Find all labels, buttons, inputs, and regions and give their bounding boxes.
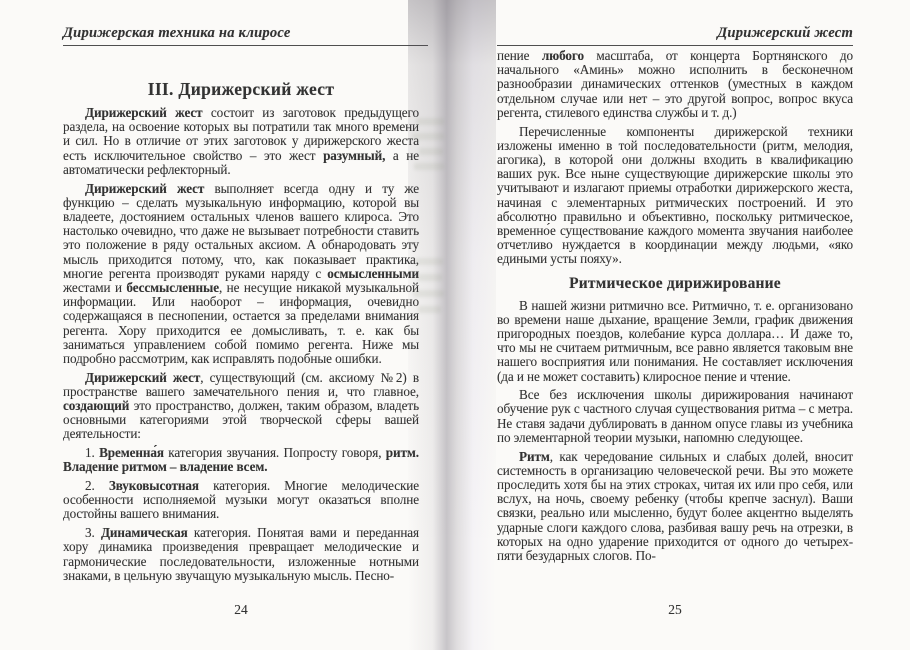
gutter-shadow xyxy=(408,0,496,650)
paragraph-right-4: Все без исключения школы дирижирования н… xyxy=(497,388,853,445)
running-head-right: Дирижерский жест xyxy=(497,25,853,46)
running-head-left-text: Дирижерская техника на клиросе xyxy=(63,25,291,41)
text-run: категория звучания. Попросту говоря, xyxy=(164,445,386,460)
text-run: Перечисленные компоненты дирижерской тех… xyxy=(497,124,853,267)
show-through-ghost xyxy=(419,148,443,155)
bold-text-run: Дирижерский жест xyxy=(85,181,204,196)
page-left: Дирижерская техника на клиросе III. Дири… xyxy=(63,0,419,650)
bold-text-run: Дирижерский жест xyxy=(85,370,200,385)
running-head-right-text: Дирижерский жест xyxy=(717,25,853,41)
bold-text-run: создающий xyxy=(63,398,129,413)
text-run: В нашей жизни ритмично все. Ритмично, т.… xyxy=(497,298,853,384)
show-through-ghost xyxy=(415,258,443,265)
bold-text-run: осмысленными xyxy=(327,266,419,281)
text-run: жестами и xyxy=(63,280,126,295)
bold-text-run: разумный, xyxy=(323,148,385,163)
paragraph-left-3: Дирижерский жест, существующий (см. акси… xyxy=(63,371,419,442)
text-run: 1. xyxy=(85,445,99,460)
show-through-ghost xyxy=(418,306,441,313)
page-number-left: 24 xyxy=(63,602,419,618)
paragraph-right-2: Перечисленные компоненты дирижерской тех… xyxy=(497,125,853,267)
show-through-ghost xyxy=(416,118,444,125)
paragraph-left-6: 3. Динамическая категория. Понятая вами … xyxy=(63,526,419,583)
page-left-body: III. Дирижерский жест Дирижерский жест с… xyxy=(63,80,419,588)
paragraph-right-5: Ритм, как чередование сильных и слабых д… xyxy=(497,450,853,564)
text-run: Все без исключения школы дирижирования н… xyxy=(497,387,853,445)
text-run: , как чередование сильных и слабых долей… xyxy=(497,449,853,563)
paragraph-right-3: В нашей жизни ритмично все. Ритмично, т.… xyxy=(497,299,853,384)
paragraph-left-5: 2. Звуковысотная категория. Многие мелод… xyxy=(63,479,419,522)
bold-text-run: Звуковысотная xyxy=(109,478,199,493)
paragraph-left-1: Дирижерский жест состоит из заготовок пр… xyxy=(63,106,419,177)
section-subheading: Ритмическое дирижирование xyxy=(497,275,853,293)
running-head-left: Дирижерская техника на клиросе xyxy=(63,25,428,46)
bold-text-run: Ритм xyxy=(519,449,550,464)
bold-text-run: Динамическая xyxy=(101,525,188,540)
page-number-right: 25 xyxy=(497,602,853,618)
bold-text-run: Временна́я xyxy=(99,445,164,460)
bold-text-run: Дирижерский жест xyxy=(85,105,203,120)
chapter-title: III. Дирижерский жест xyxy=(63,80,419,99)
bold-text-run: любого xyxy=(542,48,584,63)
book-scan: Дирижерская техника на клиросе III. Дири… xyxy=(0,0,910,650)
text-run: 3. xyxy=(85,525,101,540)
show-through-ghost xyxy=(418,274,442,281)
paragraph-left-4: 1. Временна́я категория звучания. Попрос… xyxy=(63,446,419,474)
text-run: пение xyxy=(497,48,542,63)
page-right-body: пение любого масштаба, от концерта Бортн… xyxy=(497,49,853,568)
page-right: Дирижерский жест пение любого масштаба, … xyxy=(497,0,853,650)
text-run: 2. xyxy=(85,478,109,493)
paragraph-right-1: пение любого масштаба, от концерта Бортн… xyxy=(497,49,853,120)
paragraph-left-2: Дирижерский жест выполняет всегда одну и… xyxy=(63,182,419,367)
bold-text-run: бессмысленные xyxy=(126,280,219,295)
